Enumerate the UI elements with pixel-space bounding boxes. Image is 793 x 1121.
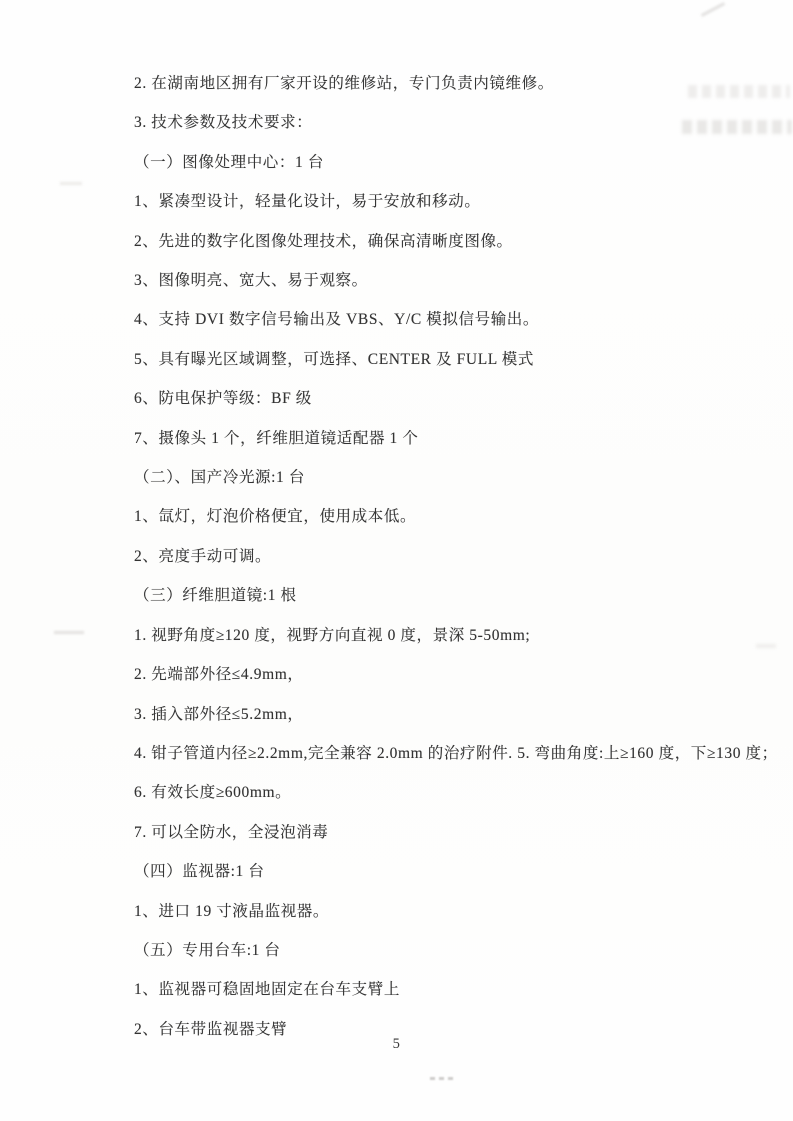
document-line: 1、监视器可稳固地固定在台车支臂上 (134, 970, 733, 1009)
document-line: 2、亮度手动可调。 (134, 537, 733, 576)
section-heading: （二）、国产冷光源:1 台 (134, 458, 733, 497)
document-line: 4. 钳子管道内径≥2.2mm,完全兼容 2.0mm 的治疗附件. 5. 弯曲角… (134, 734, 733, 773)
scan-smudge-artifact (54, 631, 84, 634)
section-heading: （五）专用台车:1 台 (134, 931, 733, 970)
document-line: 3. 插入部外径≤5.2mm， (134, 695, 733, 734)
section-heading: （三）纤维胆道镜:1 根 (134, 576, 733, 615)
scanned-document-page: 2. 在湖南地区拥有厂家开设的维修站，专门负责内镜维修。 3. 技术参数及技术要… (0, 0, 793, 1121)
document-text-column: 2. 在湖南地区拥有厂家开设的维修站，专门负责内镜维修。 3. 技术参数及技术要… (134, 64, 733, 1049)
scan-smudge-artifact (701, 2, 725, 17)
document-line: 6. 有效长度≥600mm。 (134, 773, 733, 812)
document-line: 3. 技术参数及技术要求： (134, 103, 733, 142)
document-line: 2、先进的数字化图像处理技术，确保高清晰度图像。 (134, 222, 733, 261)
document-line: 1、紧凑型设计，轻量化设计，易于安放和移动。 (134, 182, 733, 221)
page-number: 5 (0, 1036, 793, 1053)
document-line: 6、防电保护等级：BF 级 (134, 379, 733, 418)
document-line: 5、具有曝光区域调整，可选择、CENTER 及 FULL 模式 (134, 340, 733, 379)
document-line: 1、氙灯，灯泡价格便宜，使用成本低。 (134, 497, 733, 536)
section-heading: （一）图像处理中心：1 台 (134, 143, 733, 182)
document-line: 4、支持 DVI 数字信号输出及 VBS、Y/C 模拟信号输出。 (134, 300, 733, 339)
scan-smudge-artifact (430, 1077, 454, 1080)
section-heading: （四）监视器:1 台 (134, 852, 733, 891)
document-line: 7、摄像头 1 个，纤维胆道镜适配器 1 个 (134, 419, 733, 458)
scan-smudge-artifact (60, 182, 82, 185)
document-line: 7. 可以全防水，全浸泡消毒 (134, 813, 733, 852)
document-line: 2. 先端部外径≤4.9mm， (134, 655, 733, 694)
document-line: 2. 在湖南地区拥有厂家开设的维修站，专门负责内镜维修。 (134, 64, 733, 103)
document-line: 1. 视野角度≥120 度，视野方向直视 0 度，景深 5-50mm; (134, 616, 733, 655)
scan-smudge-artifact (756, 644, 776, 648)
document-line: 1、进口 19 寸液晶监视器。 (134, 892, 733, 931)
document-line: 3、图像明亮、宽大、易于观察。 (134, 261, 733, 300)
